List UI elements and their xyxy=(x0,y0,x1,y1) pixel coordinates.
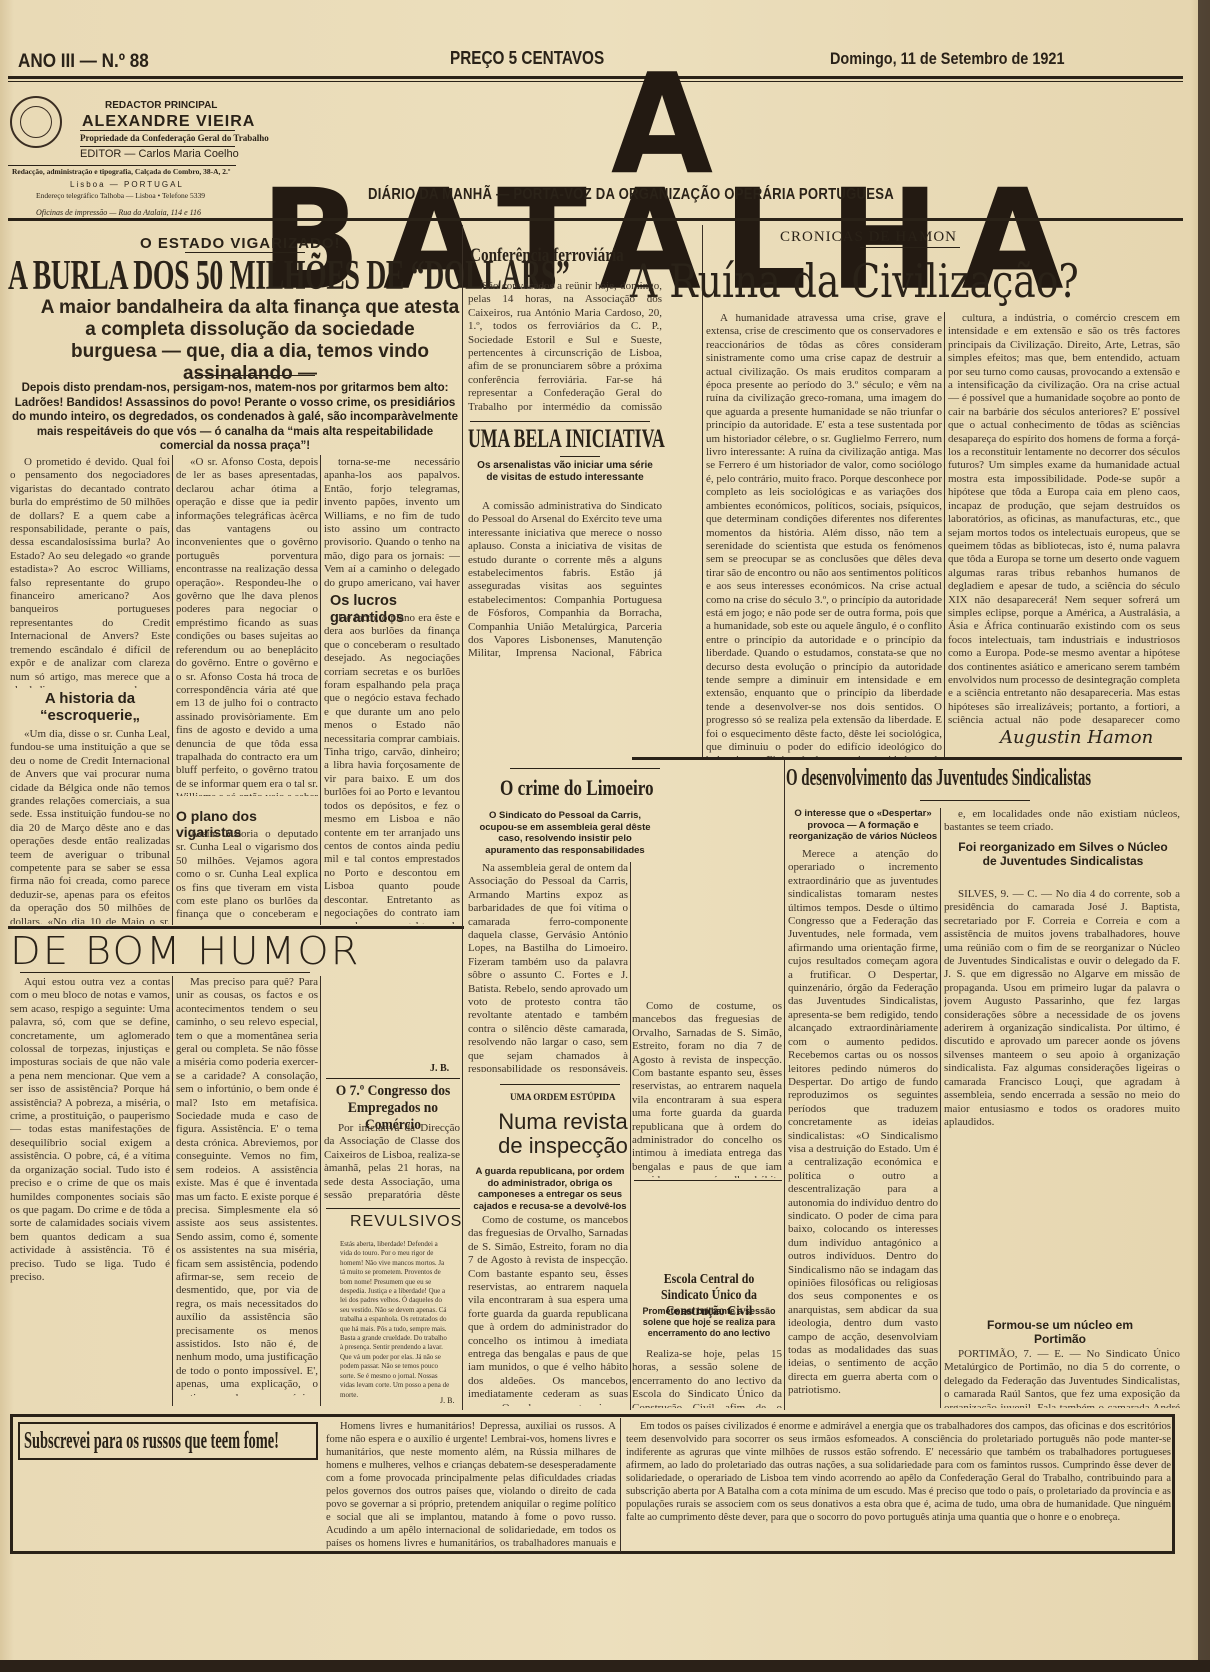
congresso-body: Por iniciativa da Direcção da Associação… xyxy=(324,1122,460,1204)
bom-humor-column-2: Mas preciso para quê? Para unir as cousa… xyxy=(176,976,318,1396)
section-rule xyxy=(632,757,1182,760)
divider xyxy=(195,375,315,376)
juventudes-headline: O desenvolvimento das Juventudes Sindica… xyxy=(786,765,1091,793)
subscription-body-2: Em todos os países civilizados é enorme … xyxy=(626,1420,1171,1552)
issue-number: ANO III — N.º 88 xyxy=(18,51,149,73)
revulsivos-signature: J. B. xyxy=(440,1396,454,1405)
revista-continued-paragraph: Como de costume, os mancebos das fregues… xyxy=(632,1000,782,1178)
lead-standfirst: Depois disto prendam-nos, persigam-nos, … xyxy=(10,381,460,454)
column-rule xyxy=(172,455,173,925)
juventudes-paragraph: e, em localidades onde não existiam núcl… xyxy=(944,808,1180,835)
divider xyxy=(80,130,235,131)
price: PREÇO 5 CENTAVOS xyxy=(450,48,604,69)
city: Lisboa — PORTUGAL xyxy=(70,180,184,189)
subscription-body: Homens livres e humanitários! Depressa, … xyxy=(326,1420,616,1552)
newspaper-page: ANO III — N.º 88 PREÇO 5 CENTAVOS Doming… xyxy=(0,0,1210,1672)
lead-subhead-escroquerie: A historia da “escroquerie„ xyxy=(20,690,160,724)
issue-date: Domingo, 11 de Setembro de 1921 xyxy=(830,49,1064,69)
juventudes-column-2: e, em localidades onde não existiam núcl… xyxy=(944,808,1180,836)
divider xyxy=(80,146,235,147)
column-rule xyxy=(944,312,945,757)
cronica-paragraph: cultura, a indústria, o comércio crescem… xyxy=(948,312,1180,727)
cronica-column-2: cultura, a indústria, o comércio crescem… xyxy=(948,312,1180,727)
escola-body: Realiza-se hoje, pelas 15 horas, a sessã… xyxy=(632,1348,782,1408)
subscription-headline: Subscrevei para os russos que teem fome! xyxy=(24,1428,279,1456)
revista-body: Como de costume, os mancebos das fregues… xyxy=(468,1214,628,1406)
limoeiro-deck: O Sindicato do Pessoal da Carris, ocupou… xyxy=(470,810,660,856)
congresso-paragraph: Por iniciativa da Direcção da Associação… xyxy=(324,1122,460,1204)
juventudes-deck: O interesse que o «Despertar» provoca — … xyxy=(788,808,938,843)
column-rule xyxy=(784,760,785,1410)
iniciativa-body: A comissão administrativa do Sindicato d… xyxy=(468,500,662,660)
subscription-paragraph: Em todos os países civilizados é enorme … xyxy=(626,1420,1171,1524)
juventudes-column-1: Merece a atenção do operariado o increme… xyxy=(788,848,938,1408)
lead-column-1b: «Um dia, disse o sr. Cunha Leal, fundou-… xyxy=(10,728,170,924)
revulsivos-verse: Estás aberta, liberdade! Defendei a vida… xyxy=(340,1240,450,1400)
escola-deck: Promete ser brilhante a sessão solene qu… xyxy=(634,1306,784,1339)
lead-paragraph: torna-se-me necessário apanha-los aos pa… xyxy=(324,456,460,588)
divider xyxy=(920,800,1030,801)
bom-humor-headline: DE BOM HUMOR xyxy=(10,930,361,974)
lead-paragraph: «O sr. Afonso Costa, depois de ler as ba… xyxy=(176,456,318,796)
escola-paragraph: Realiza-se hoje, pelas 15 horas, a sessã… xyxy=(632,1348,782,1408)
portimao-body: PORTIMÃO, 7. — E. — No Sindicato Único M… xyxy=(944,1348,1180,1408)
subscription-paragraph: Homens livres e humanitários! Depressa, … xyxy=(326,1420,616,1552)
limoeiro-paragraph: Na assembleia geral de ontem da Associaç… xyxy=(468,862,628,1072)
lead-column-2b: Assim historia o deputado sr. Cunha Leal… xyxy=(176,828,318,924)
cronica-paragraph: A humanidade atravessa uma crise, grave … xyxy=(706,312,942,757)
ferroviaria-headline: Conferência ferroviária xyxy=(470,245,624,267)
lead-column-3: torna-se-me necessário apanha-los aos pa… xyxy=(324,456,460,588)
silves-body: SILVES, 9. — C. — No dia 4 do corrente, … xyxy=(944,888,1180,1308)
column-rule xyxy=(172,976,173,1406)
silves-headline: Foi reorganizado em Silves o Núcleo de J… xyxy=(950,840,1176,868)
column-rule xyxy=(462,225,463,1410)
juventudes-paragraph: Merece a atenção do operariado o increme… xyxy=(788,848,938,1398)
revulsivos-headline: REVULSIVOS xyxy=(350,1213,462,1231)
iniciativa-deck: Os arsenalistas vão iniciar uma série de… xyxy=(470,460,660,484)
portimao-paragraph: PORTIMÃO, 7. — E. — No Sindicato Único M… xyxy=(944,1348,1180,1408)
newspaper-title: A BATALHA xyxy=(258,67,1088,183)
revista-deck: A guarda republicana, por ordem do admin… xyxy=(470,1166,630,1212)
cronica-kicker: CRONICAS DE HAMON xyxy=(780,229,957,246)
workshops: Oficinas de impressão — Rua da Atalaia, … xyxy=(36,208,201,217)
page-edge xyxy=(1198,0,1210,1672)
column-rule xyxy=(620,1418,621,1552)
cgt-seal-icon xyxy=(10,96,62,148)
lead-column-3b: De facto, o plano era êste e dera aos bu… xyxy=(324,612,460,924)
cronica-column-1: A humanidade atravessa uma crise, grave … xyxy=(706,312,942,757)
bom-humor-signature: J. B. xyxy=(430,1063,449,1075)
editor: EDITOR — Carlos Maria Coelho xyxy=(80,148,239,161)
column-rule xyxy=(940,808,941,1408)
divider xyxy=(560,456,600,457)
redactor-name: ALEXANDRE VIEIRA xyxy=(82,113,255,131)
cronica-signature: Augustin Hamon xyxy=(1000,728,1153,749)
bom-humor-column-1: Aqui estou outra vez a contas com o meu … xyxy=(10,976,170,1406)
limoeiro-continued: Como de costume, os mancebos das fregues… xyxy=(632,1000,782,1178)
column-rule xyxy=(320,455,321,925)
divider xyxy=(470,421,650,422)
divider xyxy=(8,165,236,166)
divider xyxy=(634,1180,782,1181)
revista-paragraph: Como de costume, os mancebos das fregues… xyxy=(468,1214,628,1406)
lead-paragraph: O prometido é devido. Qual foi o pensame… xyxy=(10,456,170,688)
column-rule xyxy=(320,976,321,1406)
divider xyxy=(20,972,310,973)
limoeiro-headline: O crime do Limoeiro xyxy=(500,775,654,800)
bom-humor-paragraph: Aqui estou outra vez a contas com o meu … xyxy=(10,976,170,1284)
iniciativa-headline: UMA BELA INICIATIVA xyxy=(468,424,665,454)
divider xyxy=(500,1084,620,1085)
lead-column-1: O prometido é devido. Qual foi o pensame… xyxy=(10,456,170,688)
divider xyxy=(326,1208,460,1209)
lead-deck: A maior bandalheira da alta finança que … xyxy=(40,297,460,385)
column-rule xyxy=(630,862,631,1410)
lead-paragraph: «Um dia, disse o sr. Cunha Leal, fundou-… xyxy=(10,728,170,924)
address: Redacção, administração e tipografia, Ca… xyxy=(12,168,230,177)
iniciativa-paragraph: A comissão administrativa do Sindicato d… xyxy=(468,500,662,660)
revulsivos-text: Estás aberta, liberdade! Defendei a vida… xyxy=(340,1240,450,1400)
divider xyxy=(510,768,660,769)
lead-column-2: «O sr. Afonso Costa, depois de ler as ba… xyxy=(176,456,318,796)
divider xyxy=(326,1078,460,1079)
telegraph: Endereço telegráfico Talhoba — Lisboa • … xyxy=(36,192,205,201)
page-bottom-edge xyxy=(0,1660,1210,1672)
portimao-headline: Formou-se um núcleo em Portimão xyxy=(960,1318,1160,1346)
cronica-headline: A Ruína da Civilização? xyxy=(630,255,1079,308)
lead-paragraph: Assim historia o deputado sr. Cunha Leal… xyxy=(176,828,318,924)
lead-paragraph: De facto, o plano era êste e dera aos bu… xyxy=(324,612,460,924)
divider xyxy=(860,247,960,248)
redactor-label: REDACTOR PRINCIPAL xyxy=(105,100,217,112)
revista-kicker: UMA ORDEM ESTÚPIDA xyxy=(510,1092,616,1102)
silves-paragraph: SILVES, 9. — C. — No dia 4 do corrente, … xyxy=(944,888,1180,1129)
bom-humor-paragraph: Mas preciso para quê? Para unir as cousa… xyxy=(176,976,318,1396)
ownership: Propriedade da Confederação Geral do Tra… xyxy=(80,133,269,143)
revista-headline: Numa revista de inspecção xyxy=(488,1110,638,1158)
newspaper-subtitle: DIÁRIO DA MANHÃ — PORTA-VOZ DA ORGANIZAÇ… xyxy=(368,186,894,204)
masthead-rule xyxy=(8,218,1183,221)
limoeiro-body: Na assembleia geral de ontem da Associaç… xyxy=(468,862,628,1072)
lead-kicker: O ESTADO VIGARIZADO! xyxy=(140,235,341,252)
